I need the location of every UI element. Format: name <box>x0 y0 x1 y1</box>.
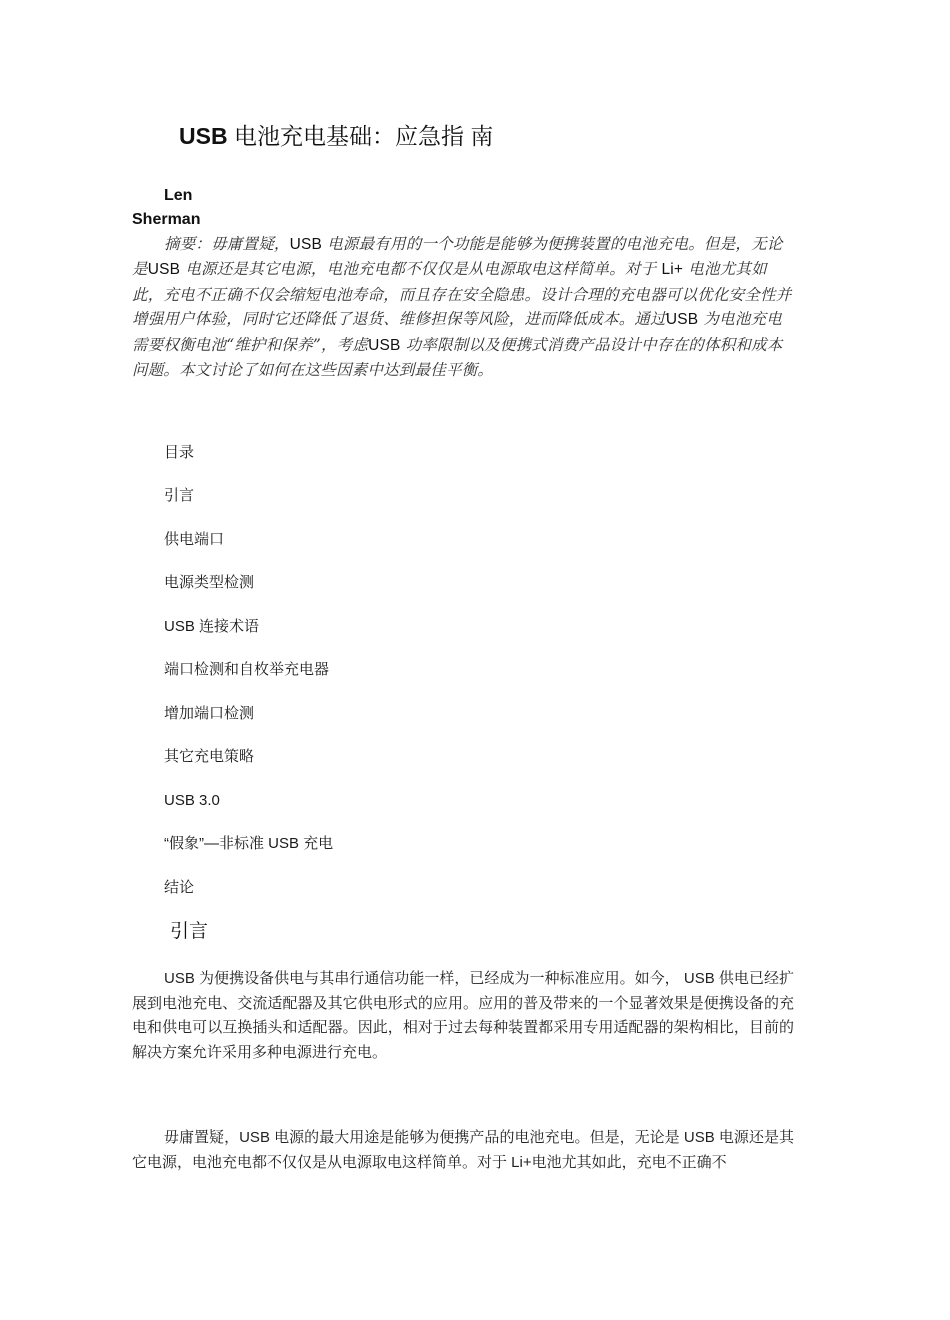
abstract-text: Li+ <box>661 261 683 278</box>
abstract: 摘要：毋庸置疑，USB 电源最有用的一个功能是能够为便携装置的电池充电。但是，无… <box>132 232 792 382</box>
body-paragraph: USB 为便携设备供电与其串行通信功能一样，已经成为一种标准应用。如今， USB… <box>132 967 794 1065</box>
toc-item-power-port[interactable]: 供电端口 <box>164 530 224 550</box>
author-first-name: Len <box>164 186 192 206</box>
section-heading-introduction: 引言 <box>170 920 208 944</box>
toc-item-other-strategies[interactable]: 其它充电策略 <box>164 747 254 767</box>
toc-item-source-detection[interactable]: 电源类型检测 <box>164 573 254 593</box>
toc-item-added-port-detection[interactable]: 增加端口检测 <box>164 704 254 724</box>
title-text: 电池充电基础：应急指 南 <box>228 123 494 149</box>
body-paragraph: 毋庸置疑，USB 电源的最大用途是能够为便携产品的电池充电。但是，无论是 USB… <box>132 1126 794 1175</box>
document-title: USB 电池充电基础：应急指 南 <box>179 121 493 151</box>
toc-item-usb-3[interactable]: USB 3.0 <box>164 791 220 811</box>
toc-heading: 目录 <box>164 443 194 463</box>
abstract-text: 摘要：毋庸置疑， <box>164 235 290 253</box>
abstract-text: USB <box>368 337 400 354</box>
title-usb: USB <box>179 123 228 149</box>
abstract-text: 电源还是其它电源，电池充电都不仅仅是从电源取电这样简单。对于 <box>180 260 661 278</box>
toc-item-nonstandard-charging[interactable]: “假象”—非标准 USB 充电 <box>164 834 333 854</box>
toc-item-usb-terms[interactable]: USB 连接术语 <box>164 617 259 637</box>
toc-item-conclusion[interactable]: 结论 <box>164 878 194 898</box>
toc-item-port-detection[interactable]: 端口检测和自枚举充电器 <box>164 660 329 680</box>
abstract-text: USB <box>290 236 322 253</box>
document-page: USB 电池充电基础：应急指 南 Len Sherman 摘要：毋庸置疑，USB… <box>0 0 950 1320</box>
abstract-text: USB <box>666 311 698 328</box>
toc-item-introduction[interactable]: 引言 <box>164 486 194 506</box>
abstract-text: USB <box>148 261 180 278</box>
author-last-name: Sherman <box>132 210 200 230</box>
